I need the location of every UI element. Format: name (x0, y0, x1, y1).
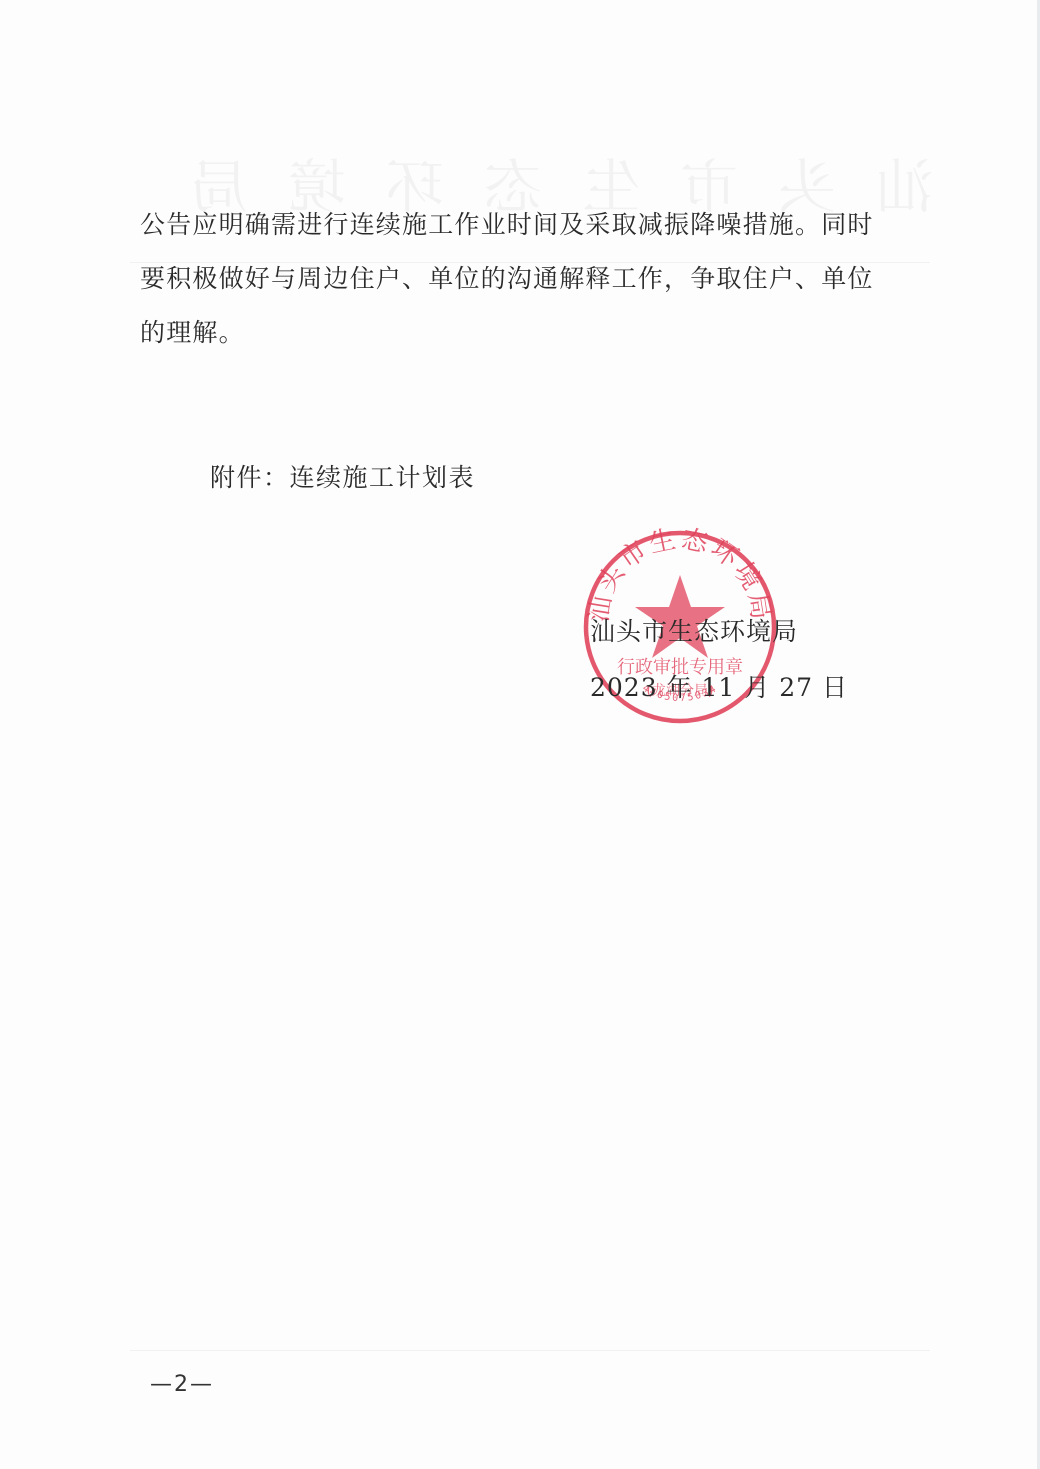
signing-date: 2023 年 11 月 27 日 (590, 660, 848, 716)
body-line: 的理解。 (140, 306, 920, 360)
body-line: 要积极做好与周边住户、单位的沟通解释工作，争取住户、单位 (140, 252, 920, 306)
signing-organization: 汕头市生态环境局 (590, 604, 848, 660)
body-line: 公告应明确需进行连续施工作业时间及采取减振降噪措施。同时 (140, 198, 920, 252)
body-paragraph: 公告应明确需进行连续施工作业时间及采取减振降噪措施。同时 要积极做好与周边住户、… (140, 198, 920, 360)
page-number: —2— (150, 1372, 214, 1397)
document-page: 汕头市生态环境局 公告应明确需进行连续施工作业时间及采取减振降噪措施。同时 要积… (0, 0, 1040, 1469)
signature-block: 汕头市生态环境局 2023 年 11 月 27 日 (590, 604, 848, 716)
attachment-note: 附件：连续施工计划表 (210, 458, 475, 498)
bleed-through-rule (130, 1350, 930, 1351)
